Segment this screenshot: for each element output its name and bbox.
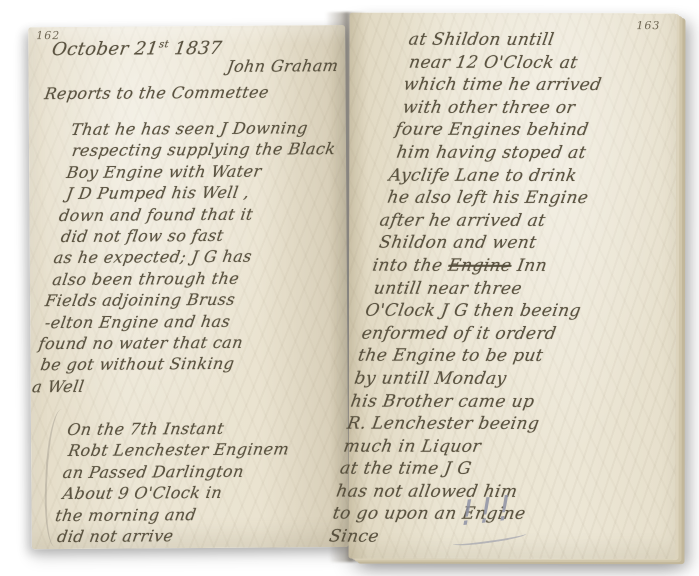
manuscript-line: be got without Sinking <box>39 353 305 376</box>
date-prefix: October 21 <box>50 38 160 60</box>
photograph-background: 162 October 21st 1837 John Graham Report… <box>0 0 699 576</box>
report-heading: Reports to the Commettee <box>43 82 271 105</box>
manuscript-line: R. Lenchester beeing <box>345 413 564 436</box>
manuscript-line-with-strikethrough: into the Engine Inn <box>371 255 590 278</box>
manuscript-line: Shildon and went <box>377 232 593 255</box>
manuscript-line: the Engine to be put <box>356 345 575 368</box>
report-heading-block: Reports to the Commettee <box>43 82 271 105</box>
manuscript-line: respecting supplying the Black <box>70 138 337 161</box>
manuscript-line: also been through the <box>51 267 318 290</box>
struck-out-word: Engine <box>447 256 513 276</box>
manuscript-line: did not flow so fast <box>59 224 324 247</box>
manuscript-line: with other three or <box>401 96 615 119</box>
manuscript-line: Fields adjoining Bruss <box>44 288 315 311</box>
strike-line-after: Inn <box>510 256 549 276</box>
manuscript-line: untill near three <box>372 277 586 300</box>
open-manuscript-book: 162 October 21st 1837 John Graham Report… <box>0 0 699 576</box>
signature-block: John Graham <box>177 55 340 78</box>
right-page-text: at Shildon untill near 12 O'Clock at whi… <box>327 29 626 549</box>
right-page: 163 at Shildon untill near 12 O'Clock at… <box>349 13 677 560</box>
manuscript-line: at Shildon untill <box>407 29 626 52</box>
manuscript-line: by untill Monday <box>353 367 572 390</box>
page-number-right: 163 <box>636 19 660 32</box>
left-paragraph-1: That he has seen J Downing respecting su… <box>31 117 341 397</box>
manuscript-line: has not allowed him <box>335 480 554 503</box>
manuscript-line: as he expected; J G has <box>52 246 321 269</box>
left-page: 162 October 21st 1837 John Graham Report… <box>28 25 349 549</box>
manuscript-line: much in Liquor <box>342 435 561 458</box>
manuscript-line: On the 7th Instant <box>66 417 294 440</box>
manuscript-line: About 9 O'Clock in <box>61 482 284 505</box>
manuscript-line: an Passed Darlington <box>61 460 287 483</box>
manuscript-line: near 12 O'Clock at <box>407 51 622 74</box>
manuscript-line: foure Engines behind <box>394 119 612 142</box>
left-paragraph-2: On the 7th Instant Robt Lenchester Engin… <box>50 417 294 547</box>
manuscript-line: did not arrive <box>56 525 278 548</box>
manuscript-line: O'Clock J G then beeing <box>364 300 583 323</box>
manuscript-line: which time he arrived <box>402 74 619 97</box>
manuscript-line: J D Pumped his Well , <box>65 181 331 204</box>
manuscript-line: a Well <box>31 374 302 397</box>
manuscript-line: -elton Engine and has <box>43 310 311 333</box>
manuscript-line: found no water that can <box>37 331 308 354</box>
manuscript-line: That he has seen J Downing <box>70 117 341 140</box>
manuscript-line: down and found that it <box>58 203 328 226</box>
strike-line-before: into the <box>371 256 450 276</box>
manuscript-line: Ayclife Lane to drink <box>387 164 604 187</box>
manuscript-line: his Brother came up <box>349 390 568 413</box>
manuscript-line: Boy Engine with Water <box>65 160 334 183</box>
manuscript-line: at the time J G <box>338 458 557 481</box>
manuscript-line: Robt Lenchester Enginem <box>67 439 291 462</box>
manuscript-line: enformed of it orderd <box>360 322 579 345</box>
manuscript-line: the morning and <box>54 503 281 526</box>
manuscript-line: him having stoped at <box>395 142 608 165</box>
manuscript-line: he also left his Engine <box>386 187 601 210</box>
manuscript-line: after he arrived at <box>378 209 597 232</box>
signature-john-graham: John Graham <box>177 55 340 78</box>
